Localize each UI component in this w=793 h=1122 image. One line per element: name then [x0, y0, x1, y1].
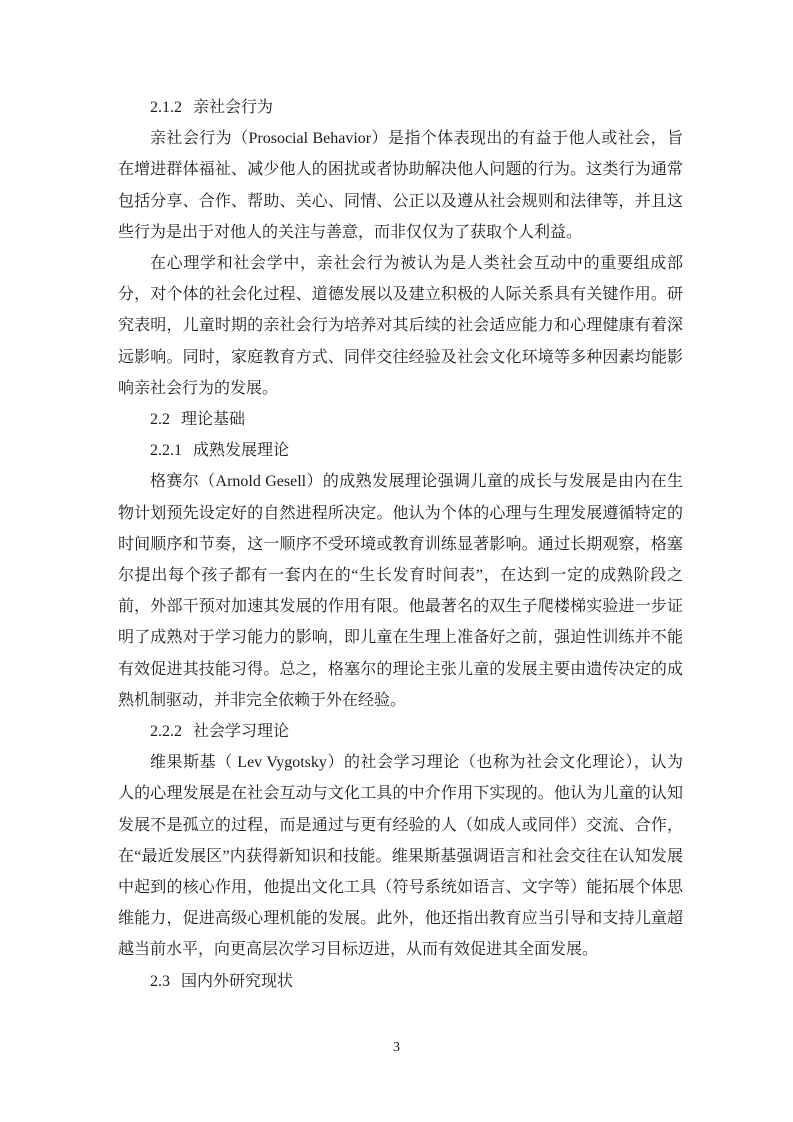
section-heading-theoretical-basis: 2.2 理论基础 — [118, 404, 683, 435]
section-heading-social-learning-theory: 2.2.2 社会学习理论 — [118, 716, 683, 747]
body-paragraph: 在心理学和社会学中，亲社会行为被认为是人类社会互动中的重要组成部分，对个体的社会… — [118, 248, 683, 404]
body-paragraph: 格赛尔（Arnold Gesell）的成熟发展理论强调儿童的成长与发展是由内在生… — [118, 466, 683, 716]
body-paragraph: 亲社会行为（Prosocial Behavior）是指个体表现出的有益于他人或社… — [118, 123, 683, 248]
page-content: 2.1.2 亲社会行为 亲社会行为（Prosocial Behavior）是指个… — [118, 92, 683, 997]
section-heading-prosocial-behavior: 2.1.2 亲社会行为 — [118, 92, 683, 123]
page-number: 3 — [0, 1040, 793, 1056]
body-paragraph: 维果斯基（ Lev Vygotsky）的社会学习理论（也称为社会文化理论），认为… — [118, 747, 683, 965]
section-heading-research-status: 2.3 国内外研究现状 — [118, 966, 683, 997]
document-page: 2.1.2 亲社会行为 亲社会行为（Prosocial Behavior）是指个… — [0, 0, 793, 1122]
section-heading-maturation-theory: 2.2.1 成熟发展理论 — [118, 435, 683, 466]
